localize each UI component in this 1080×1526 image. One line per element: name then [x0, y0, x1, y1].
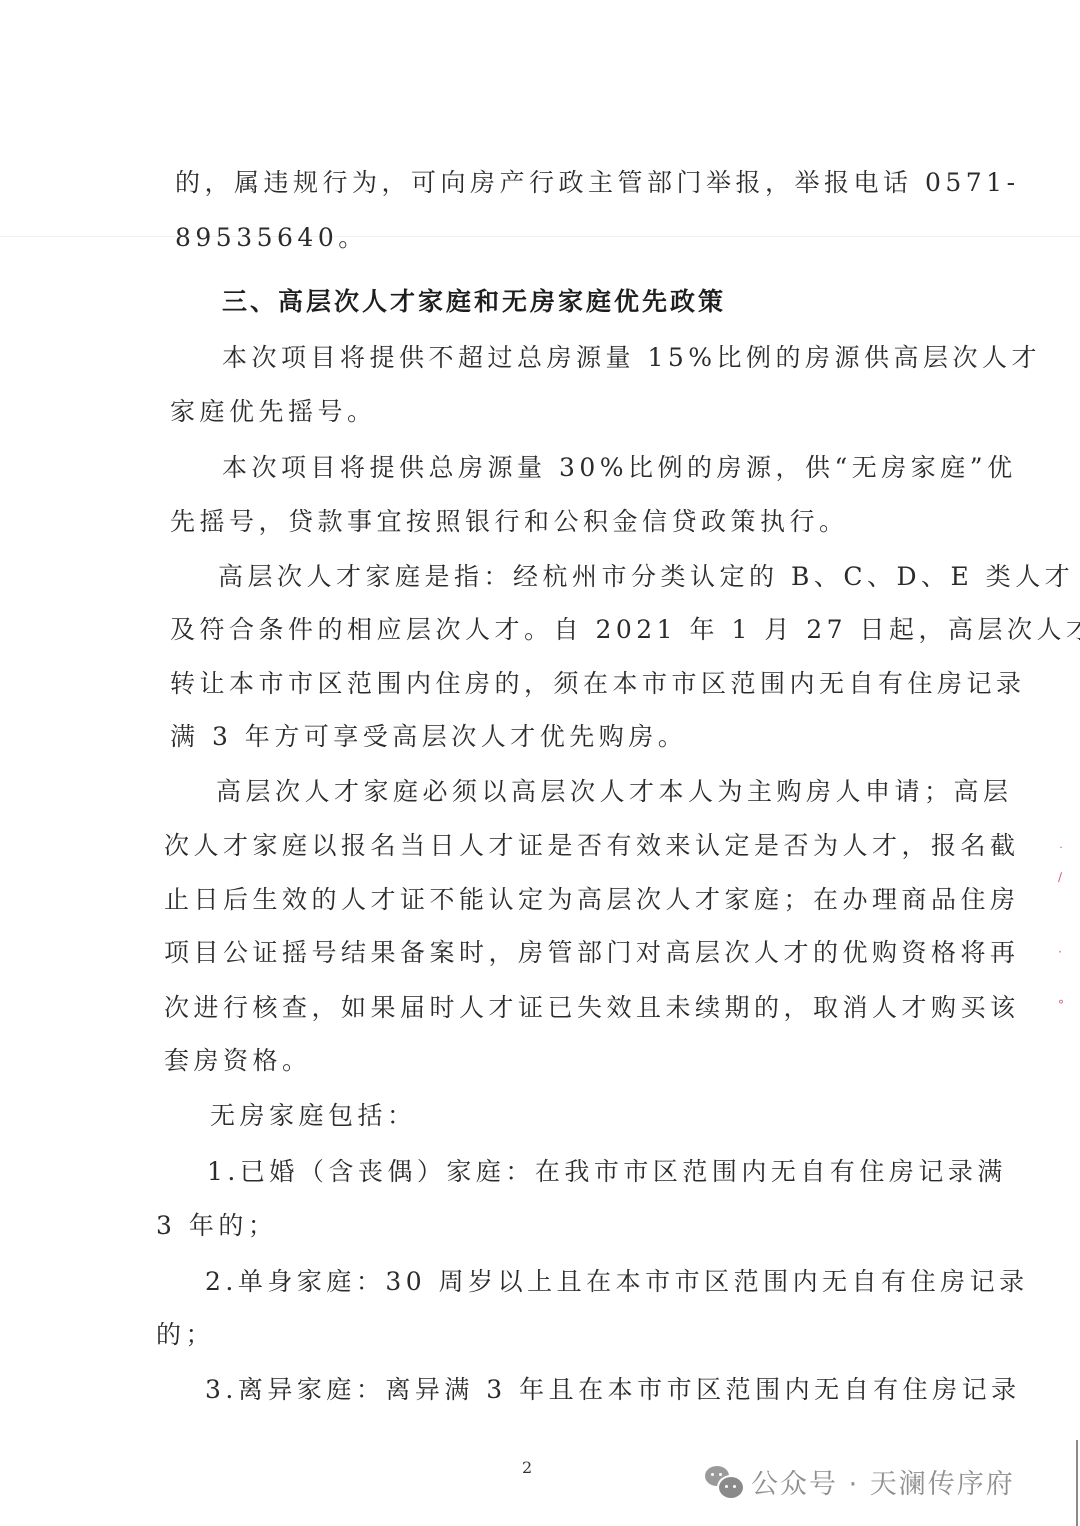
- text-line: 项目公证摇号结果备案时，房管部门对高层次人才的优购资格将再: [164, 933, 1020, 969]
- list-item: 2.单身家庭：30 周岁以上且在本市市区范围内无自有住房记录: [205, 1262, 1029, 1298]
- text-line: 转让本市市区范围内住房的，须在本市市区范围内无自有住房记录: [170, 664, 1026, 700]
- text-line: 无房家庭包括：: [210, 1096, 417, 1132]
- text-line: 先摇号，贷款事宜按照银行和公积金信贷政策执行。: [170, 502, 849, 538]
- text-line: 本次项目将提供总房源量 30%比例的房源，供“无房家庭”优: [222, 448, 1017, 484]
- text-line: 家庭优先摇号。: [170, 392, 377, 428]
- seal-mark: ·: [1058, 945, 1062, 959]
- text-line: 高层次人才家庭是指：经杭州市分类认定的 B、C、D、E 类人才: [218, 557, 1074, 593]
- section-heading: 三、高层次人才家庭和无房家庭优先政策: [222, 282, 726, 318]
- text-line: 次进行核查，如果届时人才证已失效且未续期的，取消人才购买该: [164, 988, 1020, 1024]
- text-line: 3 年的；: [156, 1206, 277, 1242]
- watermark: 公众号 · 天澜传序府: [705, 1462, 1015, 1501]
- scan-artifact-line: [0, 236, 1080, 237]
- text-line: 止日后生效的人才证不能认定为高层次人才家庭；在办理商品住房: [164, 880, 1020, 916]
- text-line: 本次项目将提供不超过总房源量 15%比例的房源供高层次人才: [222, 338, 1041, 374]
- text-line: 满 3 年方可享受高层次人才优先购房。: [170, 717, 687, 753]
- page-edge-divider: [1076, 1440, 1078, 1526]
- list-item: 1.已婚（含丧偶）家庭：在我市市区范围内无自有住房记录满: [207, 1152, 1007, 1188]
- text-line: 89535640。: [175, 218, 368, 254]
- text-line: 套房资格。: [164, 1041, 312, 1077]
- page-number: 2: [522, 1458, 532, 1477]
- text-line: 的，属违规行为，可向房产行政主管部门举报，举报电话 0571-: [175, 163, 1020, 199]
- text-line: 的；: [156, 1315, 215, 1351]
- seal-mark: ∕: [1058, 870, 1062, 884]
- seal-mark: °: [1058, 998, 1064, 1012]
- wechat-icon: [705, 1466, 743, 1498]
- document-page: 的，属违规行为，可向房产行政主管部门举报，举报电话 0571- 89535640…: [0, 0, 1080, 1526]
- list-item: 3.离异家庭：离异满 3 年且在本市市区范围内无自有住房记录: [205, 1370, 1021, 1406]
- text-line: 次人才家庭以报名当日人才证是否有效来认定是否为人才，报名截: [164, 826, 1020, 862]
- text-line: 及符合条件的相应层次人才。自 2021 年 1 月 27 日起，高层次人才: [170, 610, 1080, 646]
- seal-mark: ˙: [1058, 845, 1064, 859]
- watermark-text: 公众号 · 天澜传序府: [751, 1462, 1015, 1501]
- text-line: 高层次人才家庭必须以高层次人才本人为主购房人申请；高层: [216, 772, 1013, 808]
